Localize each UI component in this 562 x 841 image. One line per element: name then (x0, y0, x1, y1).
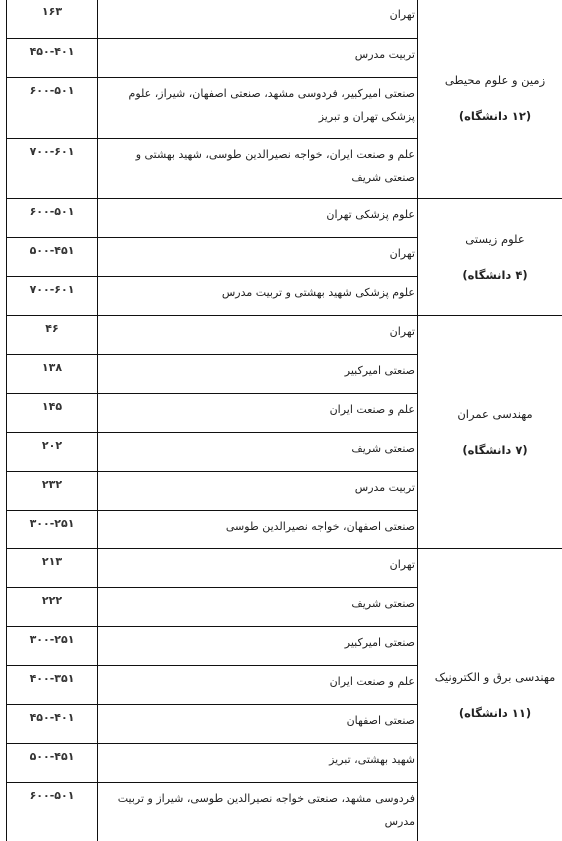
universities-cell: علم و صنعت ایران، خواجه نصیرالدین طوسی، … (98, 138, 418, 198)
universities-cell: علم و صنعت ایران (98, 393, 418, 432)
rank-cell: ۵۰۰-۴۵۱ (7, 237, 98, 276)
university-count: (۴ دانشگاه) (418, 266, 562, 284)
university-count: (۱۲ دانشگاه) (418, 107, 562, 125)
universities-cell: علم و صنعت ایران (98, 665, 418, 704)
rank-cell: ۴۵۰-۴۰۱ (7, 704, 98, 743)
rank-cell: ۲۲۲ (7, 587, 98, 626)
field-group-cell: مهندسی برق و الکترونیک(۱۱ دانشگاه) (418, 548, 562, 841)
university-count: (۱۱ دانشگاه) (418, 704, 562, 722)
universities-cell: صنعتی اصفهان (98, 704, 418, 743)
universities-cell: صنعتی شریف (98, 587, 418, 626)
universities-cell: فردوسی مشهد، صنعتی خواجه نصیرالدین طوسی،… (98, 782, 418, 841)
universities-cell: تهران (98, 315, 418, 354)
rank-cell: ۲۳۲ (7, 471, 98, 510)
rank-cell: ۳۰۰-۲۵۱ (7, 626, 98, 665)
rank-cell: ۱۶۳ (7, 0, 98, 38)
rank-cell: ۱۴۵ (7, 393, 98, 432)
table-row: علوم زیستی(۴ دانشگاه)علوم پزشکی تهران۶۰۰… (7, 198, 562, 237)
rank-cell: ۵۰۰-۴۵۱ (7, 743, 98, 782)
rank-cell: ۲۱۳ (7, 548, 98, 587)
rank-cell: ۷۰۰-۶۰۱ (7, 276, 98, 315)
university-count: (۷ دانشگاه) (418, 441, 562, 459)
rank-cell: ۱۳۸ (7, 354, 98, 393)
table-row: مهندسی عمران(۷ دانشگاه)تهران۴۶ (7, 315, 562, 354)
rank-cell: ۶۰۰-۵۰۱ (7, 198, 98, 237)
universities-cell: تهران (98, 0, 418, 38)
rank-cell: ۴۰۰-۳۵۱ (7, 665, 98, 704)
universities-cell: صنعتی امیرکبیر، فردوسی مشهد، صنعتی اصفها… (98, 77, 418, 138)
rankings-table: زمین و علوم محیطی(۱۲ دانشگاه)تهران۱۶۳ترب… (6, 0, 562, 841)
rank-cell: ۶۰۰-۵۰۱ (7, 77, 98, 138)
rank-cell: ۳۰۰-۲۵۱ (7, 510, 98, 548)
universities-cell: شهید بهشتی، تبریز (98, 743, 418, 782)
field-name: مهندسی برق و الکترونیک (418, 668, 562, 686)
universities-cell: تهران (98, 237, 418, 276)
universities-cell: تربیت مدرس (98, 471, 418, 510)
rank-cell: ۷۰۰-۶۰۱ (7, 138, 98, 198)
field-name: زمین و علوم محیطی (418, 71, 562, 89)
field-group-cell: مهندسی عمران(۷ دانشگاه) (418, 315, 562, 548)
field-name: مهندسی عمران (418, 405, 562, 423)
universities-cell: صنعتی امیرکبیر (98, 626, 418, 665)
table-row: زمین و علوم محیطی(۱۲ دانشگاه)تهران۱۶۳ (7, 0, 562, 38)
universities-cell: صنعتی امیرکبیر (98, 354, 418, 393)
rank-cell: ۶۰۰-۵۰۱ (7, 782, 98, 841)
universities-cell: صنعتی شریف (98, 432, 418, 471)
universities-cell: تربیت مدرس (98, 38, 418, 77)
field-group-cell: علوم زیستی(۴ دانشگاه) (418, 198, 562, 315)
universities-cell: علوم پزشکی تهران (98, 198, 418, 237)
rank-cell: ۴۶ (7, 315, 98, 354)
rankings-table-body: زمین و علوم محیطی(۱۲ دانشگاه)تهران۱۶۳ترب… (7, 0, 562, 841)
field-name: علوم زیستی (418, 230, 562, 248)
rank-cell: ۴۵۰-۴۰۱ (7, 38, 98, 77)
universities-cell: علوم پزشکی شهید بهشتی و تربیت مدرس (98, 276, 418, 315)
universities-cell: صنعتی اصفهان، خواجه نصیرالدین طوسی (98, 510, 418, 548)
table-row: مهندسی برق و الکترونیک(۱۱ دانشگاه)تهران۲… (7, 548, 562, 587)
field-group-cell: زمین و علوم محیطی(۱۲ دانشگاه) (418, 0, 562, 198)
rank-cell: ۲۰۲ (7, 432, 98, 471)
universities-cell: تهران (98, 548, 418, 587)
